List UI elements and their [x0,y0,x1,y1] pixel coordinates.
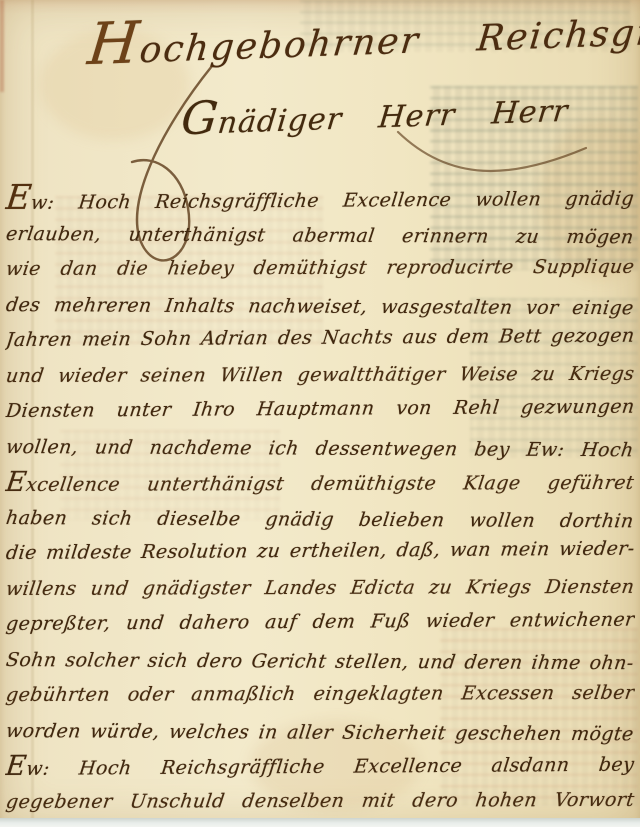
manuscript-line: die mildeste Resolution zu ertheilen, da… [4,532,637,572]
manuscript-line: willens und gnädigster Landes Edicta zu … [4,569,637,607]
salutation-line-2: Gnädiger Herr Herr [157,77,593,154]
manuscript-line: und wieder seinen Willen gewaltthätiger … [4,356,637,394]
scan-edge-artifact [0,0,4,92]
manuscript-page: Hochgebohrner Reichsgraff Gnädiger Herr … [0,0,640,827]
manuscript-line: Ew: Hoch Reichsgräffliche Excellence als… [4,745,637,785]
manuscript-line: gepreßter, und dahero auf dem Fuß wieder… [4,603,637,643]
manuscript-line: gegebener Unschuld denselben mit dero ho… [4,782,637,820]
scan-bottom-edge [0,818,640,827]
salutation-line-1: Hochgebohrner Reichsgraff [84,0,578,86]
manuscript-line: Jahren mein Sohn Adrian des Nachts aus d… [4,319,637,359]
manuscript-line: wie dan die hiebey demüthigst reproducir… [4,250,637,288]
letter-body: Ew: Hoch Reichsgräffliche Excellence wol… [6,181,634,820]
manuscript-line: Excellence unterthänigst demüthigste Kla… [4,463,637,501]
manuscript-line: gebührten oder anmaßlich eingeklagten Ex… [4,676,637,714]
manuscript-line: Diensten unter Ihro Hauptmann von Rehl g… [4,390,637,430]
manuscript-line: Ew: Hoch Reichsgräffliche Excellence wol… [4,177,637,217]
